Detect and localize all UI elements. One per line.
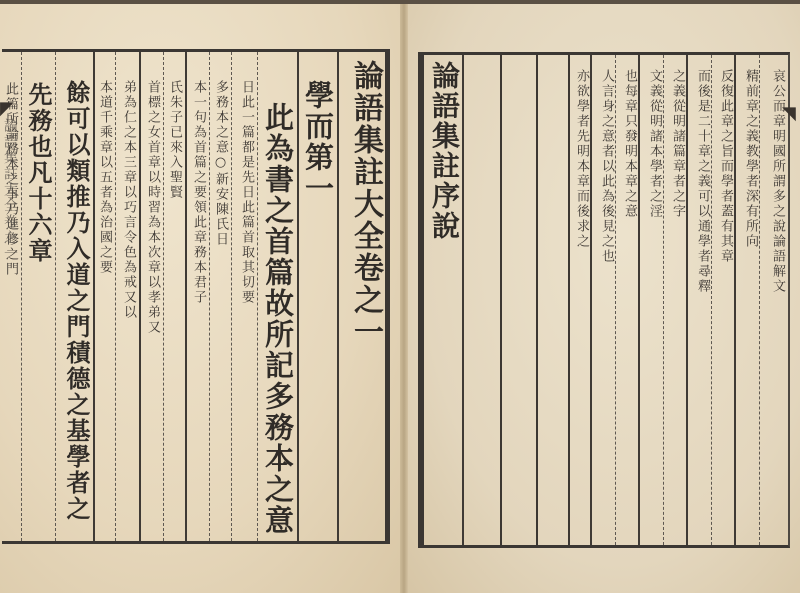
preface-column-3: 也每章只發明本章之意 (618, 55, 640, 545)
fish-tail-mark-left: ◤ (0, 98, 14, 119)
running-title: 論語集註大全卷之一 (337, 52, 385, 541)
preface-column-6: 而後是二十章之義可以通學者尋釋 (690, 55, 712, 545)
text-column-3: 多務本之意○新安陳氏日 (209, 52, 229, 541)
blank-column (502, 55, 538, 545)
text-column-8: 本道千乘章以五者為治國之要 (93, 52, 113, 541)
chapter-heading: 學而第一 (297, 52, 335, 541)
edge-title: 論語集註大全卷之一 (0, 118, 20, 418)
preface-column-1: 亦欲學者先明本章而後求之 (570, 55, 592, 545)
blank-column (466, 55, 502, 545)
preface-column-8: 精前章之義教學者深有所向 (738, 55, 760, 545)
text-column-10: 先務也凡十六章 (21, 52, 53, 541)
preface-column-2: 人言身之意者以此為後見之也 (594, 55, 616, 545)
preface-column-4: 文義從明諸本學者之淫 (642, 55, 664, 545)
preface-column-7: 反復此章之旨而學者蓋有其章 (714, 55, 736, 545)
text-column-4: 本一句為首篇之要領此章務本君子 (185, 52, 207, 541)
text-column-2: 日此一篇都是先日此篇首取其切要 (231, 52, 255, 541)
preface-title: 論語集註序說 (424, 55, 464, 545)
text-column-9: 餘可以類推乃入道之門積德之基學者之 (55, 52, 91, 541)
preface-column-9: 哀公而章明國所謂多之說論語解文 (762, 55, 786, 545)
left-page-frame: 論語集註大全卷之一 學而第一 此為書之首篇故所記多務本之意 日此一篇都是先日此篇… (2, 49, 390, 544)
text-column-6: 首標之女首章以時習為本次章以孝弟又 (139, 52, 161, 541)
text-column-7: 弟為仁之本三章以巧言令色為戒又以 (115, 52, 137, 541)
preface-column-5: 之義從明諸篇章者之字 (666, 55, 688, 545)
text-column-5: 氏朱子已來入聖賢 (163, 52, 183, 541)
book-gutter (400, 0, 408, 593)
top-edge (0, 0, 800, 4)
fish-tail-mark-right: ◥ (782, 103, 796, 124)
blank-column (538, 55, 570, 545)
right-page-frame: 論語集註序說 亦欲學者先明本章而後求之 人言身之意者以此為後見之也 也每章只發明… (418, 52, 790, 548)
text-column-1: 此為書之首篇故所記多務本之意 (257, 52, 295, 541)
